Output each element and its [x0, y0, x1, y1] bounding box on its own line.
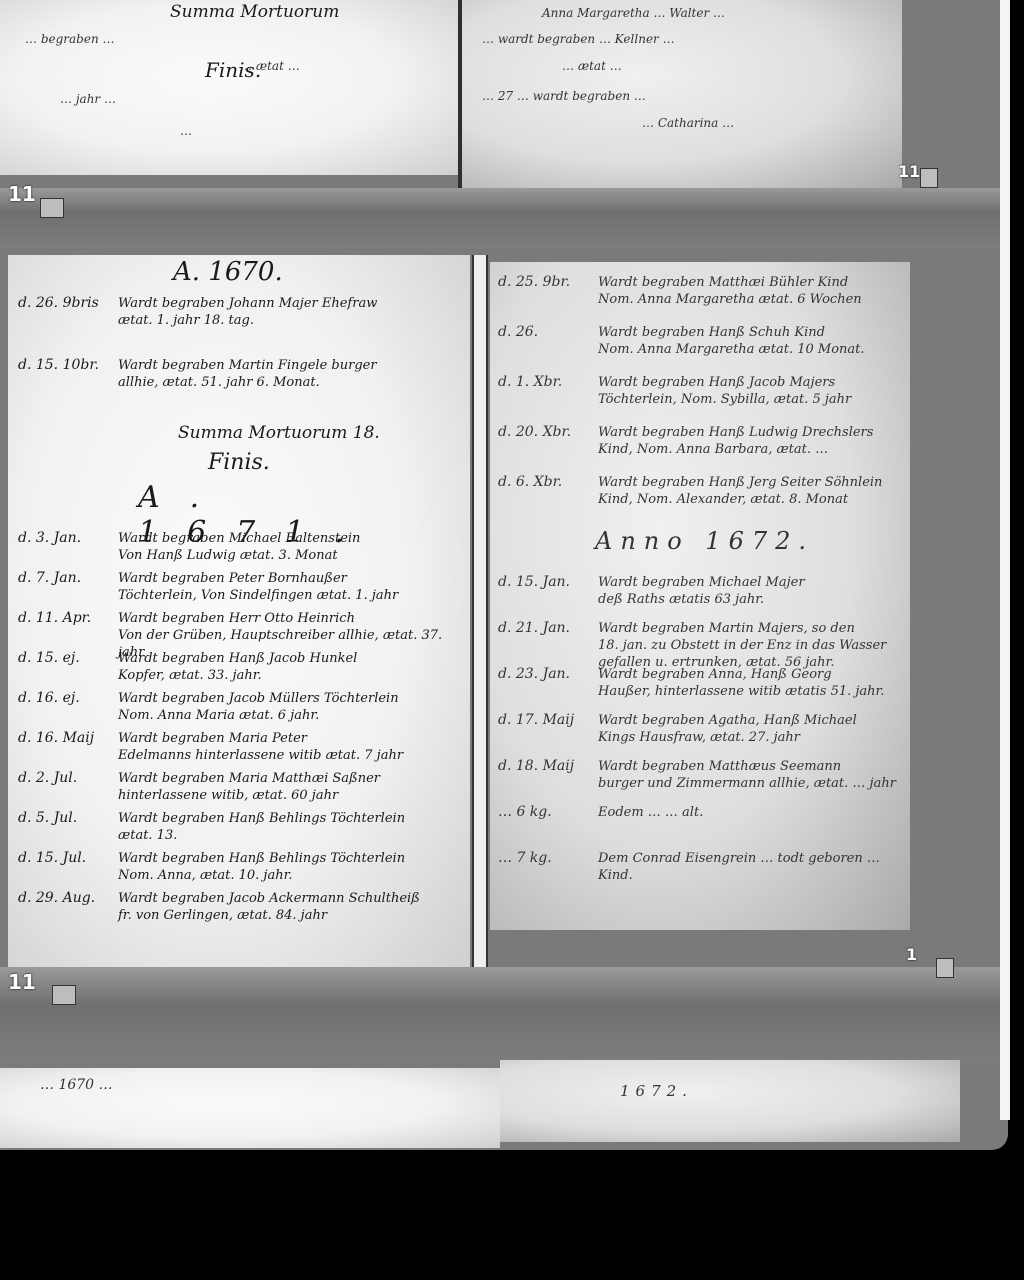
register-entry: d. 18. MaijWardt begraben Matthæus Seema… — [498, 758, 903, 804]
entry-text: Wardt begraben Maria Matthæi Saßner hint… — [118, 770, 463, 804]
register-entry: d. 15. 10br.Wardt begraben Martin Fingel… — [18, 357, 463, 419]
entry-date: d. 6. Xbr. — [498, 474, 588, 491]
entry-text: Wardt begraben Martin Fingele burger all… — [118, 357, 463, 391]
entry-text: Eodem … … alt. — [598, 804, 903, 821]
frame-marker-box — [40, 198, 64, 218]
entry-text: Wardt begraben Hanß Behlings Töchterlein… — [118, 850, 463, 884]
year-heading-1672: Anno 1672. — [595, 527, 814, 555]
frame-marker-box — [52, 985, 76, 1005]
frame-marker: 11 — [898, 162, 920, 181]
entry-text: Wardt begraben Johann Majer Ehefraw ætat… — [118, 295, 463, 329]
page-fragment: 1672. — [620, 1080, 693, 1102]
illegible-line: … ætat … — [562, 55, 622, 77]
bottom-right-page: 1672. — [500, 1060, 960, 1142]
entry-date: d. 11. Apr. — [18, 610, 108, 627]
entry-date: d. 2. Jul. — [18, 770, 108, 787]
register-entry: d. 11. Apr.Wardt begraben Herr Otto Hein… — [18, 610, 463, 650]
entry-date: … 7 kg. — [498, 850, 588, 867]
entry-text: Wardt begraben Maria Peter Edelmanns hin… — [118, 730, 463, 764]
entry-text: Wardt begraben Matthæus Seemann burger u… — [598, 758, 903, 792]
page-fold — [472, 255, 488, 967]
entry-date: d. 26. 9bris — [18, 295, 108, 312]
entry-date: d. 7. Jan. — [18, 570, 108, 587]
bottom-left-page: … 1670 … — [0, 1068, 500, 1148]
entry-text: Wardt begraben Jacob Ackermann Schulthei… — [118, 890, 463, 924]
register-entry: … 7 kg.Dem Conrad Eisengrein … todt gebo… — [498, 850, 903, 896]
entry-date: d. 25. 9br. — [498, 274, 588, 291]
entry-text: Wardt begraben Anna, Hanß Georg Haußer, … — [598, 666, 903, 700]
entry-date: d. 16. ej. — [18, 690, 108, 707]
entry-date: d. 15. Jan. — [498, 574, 588, 591]
illegible-line: … ætat … — [240, 55, 300, 77]
entry-text: Wardt begraben Agatha, Hanß Michael King… — [598, 712, 903, 746]
entry-text: Wardt begraben Hanß Jacob Hunkel Kopfer,… — [118, 650, 463, 684]
register-entry: d. 25. 9br.Wardt begraben Matthæi Bühler… — [498, 274, 903, 324]
register-entry: d. 15. Jan.Wardt begraben Michael Majer … — [498, 574, 903, 620]
register-entry: d. 15. Jul.Wardt begraben Hanß Behlings … — [18, 850, 463, 890]
register-entry: d. 1. Xbr.Wardt begraben Hanß Jacob Maje… — [498, 374, 903, 424]
entry-date: d. 20. Xbr. — [498, 424, 588, 441]
register-entry: d. 3. Jan.Wardt begraben Michael Baltens… — [18, 530, 463, 570]
entry-text: Wardt begraben Hanß Ludwig Drechslers Ki… — [598, 424, 903, 458]
register-entry: d. 5. Jul.Wardt begraben Hanß Behlings T… — [18, 810, 463, 850]
register-entry: d. 16. ej.Wardt begraben Jacob Müllers T… — [18, 690, 463, 730]
entry-date: d. 15. Jul. — [18, 850, 108, 867]
register-entry: d. 29. Aug.Wardt begraben Jacob Ackerman… — [18, 890, 463, 930]
entry-date: d. 17. Maij — [498, 712, 588, 729]
register-entry: d. 26. 9brisWardt begraben Johann Majer … — [18, 295, 463, 357]
entry-text: Wardt begraben Hanß Schuh Kind Nom. Anna… — [598, 324, 903, 358]
register-entry: d. 21. Jan.Wardt begraben Martin Majers,… — [498, 620, 903, 666]
register-entry: d. 15. ej.Wardt begraben Hanß Jacob Hunk… — [18, 650, 463, 690]
entry-date: d. 15. 10br. — [18, 357, 108, 374]
entry-date: d. 16. Maij — [18, 730, 108, 747]
entry-date: d. 21. Jan. — [498, 620, 588, 637]
finis-label: Finis. — [208, 450, 270, 475]
illegible-line: … Catharina … — [642, 112, 734, 134]
summa-mortuorum-heading: Summa Mortuorum — [170, 2, 339, 22]
film-edge — [1000, 0, 1010, 1120]
entry-date: d. 5. Jul. — [18, 810, 108, 827]
top-left-page: Summa Mortuorum Finis. … begraben … … æt… — [0, 0, 458, 175]
entry-text: Wardt begraben Hanß Jerg Seiter Söhnlein… — [598, 474, 903, 508]
illegible-line: Anna Margaretha … Walter … — [542, 2, 725, 24]
entry-date: d. 26. — [498, 324, 588, 341]
register-entry: d. 2. Jul.Wardt begraben Maria Matthæi S… — [18, 770, 463, 810]
summa-mortuorum: Summa Mortuorum 18. — [178, 423, 380, 443]
register-entry: d. 20. Xbr.Wardt begraben Hanß Ludwig Dr… — [498, 424, 903, 474]
entry-text: Wardt begraben Hanß Behlings Töchterlein… — [118, 810, 463, 844]
register-entry: d. 17. MaijWardt begraben Agatha, Hanß M… — [498, 712, 903, 758]
frame-marker-box — [936, 958, 954, 978]
register-entry: d. 6. Xbr.Wardt begraben Hanß Jerg Seite… — [498, 474, 903, 524]
entry-text: Dem Conrad Eisengrein … todt geboren … K… — [598, 850, 903, 884]
year-heading-1670: A. 1670. — [173, 257, 283, 287]
register-entry: d. 7. Jan.Wardt begraben Peter Bornhauße… — [18, 570, 463, 610]
entry-text: Wardt begraben Matthæi Bühler Kind Nom. … — [598, 274, 903, 308]
frame-marker: 11 — [8, 182, 36, 206]
entry-text: Wardt begraben Peter Bornhaußer Töchterl… — [118, 570, 463, 604]
entry-date: d. 29. Aug. — [18, 890, 108, 907]
film-gap — [0, 188, 1000, 248]
register-entry: d. 26.Wardt begraben Hanß Schuh Kind Nom… — [498, 324, 903, 374]
entry-date: … 6 kg. — [498, 804, 588, 821]
register-entry: … 6 kg.Eodem … … alt. — [498, 804, 903, 850]
entry-date: d. 15. ej. — [18, 650, 108, 667]
entry-text: Wardt begraben Michael Majer deß Raths æ… — [598, 574, 903, 608]
illegible-line: … wardt begraben … Kellner … — [482, 28, 675, 50]
register-page-right: d. 25. 9br.Wardt begraben Matthæi Bühler… — [490, 262, 910, 930]
entry-date: d. 18. Maij — [498, 758, 588, 775]
register-page-left: A. 1670. d. 26. 9brisWardt begraben Joha… — [8, 255, 470, 967]
illegible-line: … 27 … wardt begraben … — [482, 85, 646, 107]
entry-text: Wardt begraben Martin Majers, so den 18.… — [598, 620, 903, 671]
illegible-line: … begraben … — [25, 28, 115, 50]
illegible-line: … — [180, 120, 192, 142]
frame-marker-box — [920, 168, 938, 188]
top-right-page: Anna Margaretha … Walter … … wardt begra… — [462, 0, 902, 188]
illegible-line: … jahr … — [60, 88, 116, 110]
frame-marker: 1 — [906, 945, 917, 964]
page-fragment: … 1670 … — [40, 1074, 113, 1096]
register-entry: d. 16. MaijWardt begraben Maria Peter Ed… — [18, 730, 463, 770]
entry-text: Wardt begraben Jacob Müllers Töchterlein… — [118, 690, 463, 724]
entry-date: d. 3. Jan. — [18, 530, 108, 547]
entry-text: Wardt begraben Hanß Jacob Majers Töchter… — [598, 374, 903, 408]
frame-marker: 11 — [8, 970, 36, 994]
film-gap — [0, 967, 1000, 1062]
entry-date: d. 23. Jan. — [498, 666, 588, 683]
register-entry: d. 23. Jan.Wardt begraben Anna, Hanß Geo… — [498, 666, 903, 712]
entry-date: d. 1. Xbr. — [498, 374, 588, 391]
entry-text: Wardt begraben Michael Baltenstein Von H… — [118, 530, 463, 564]
